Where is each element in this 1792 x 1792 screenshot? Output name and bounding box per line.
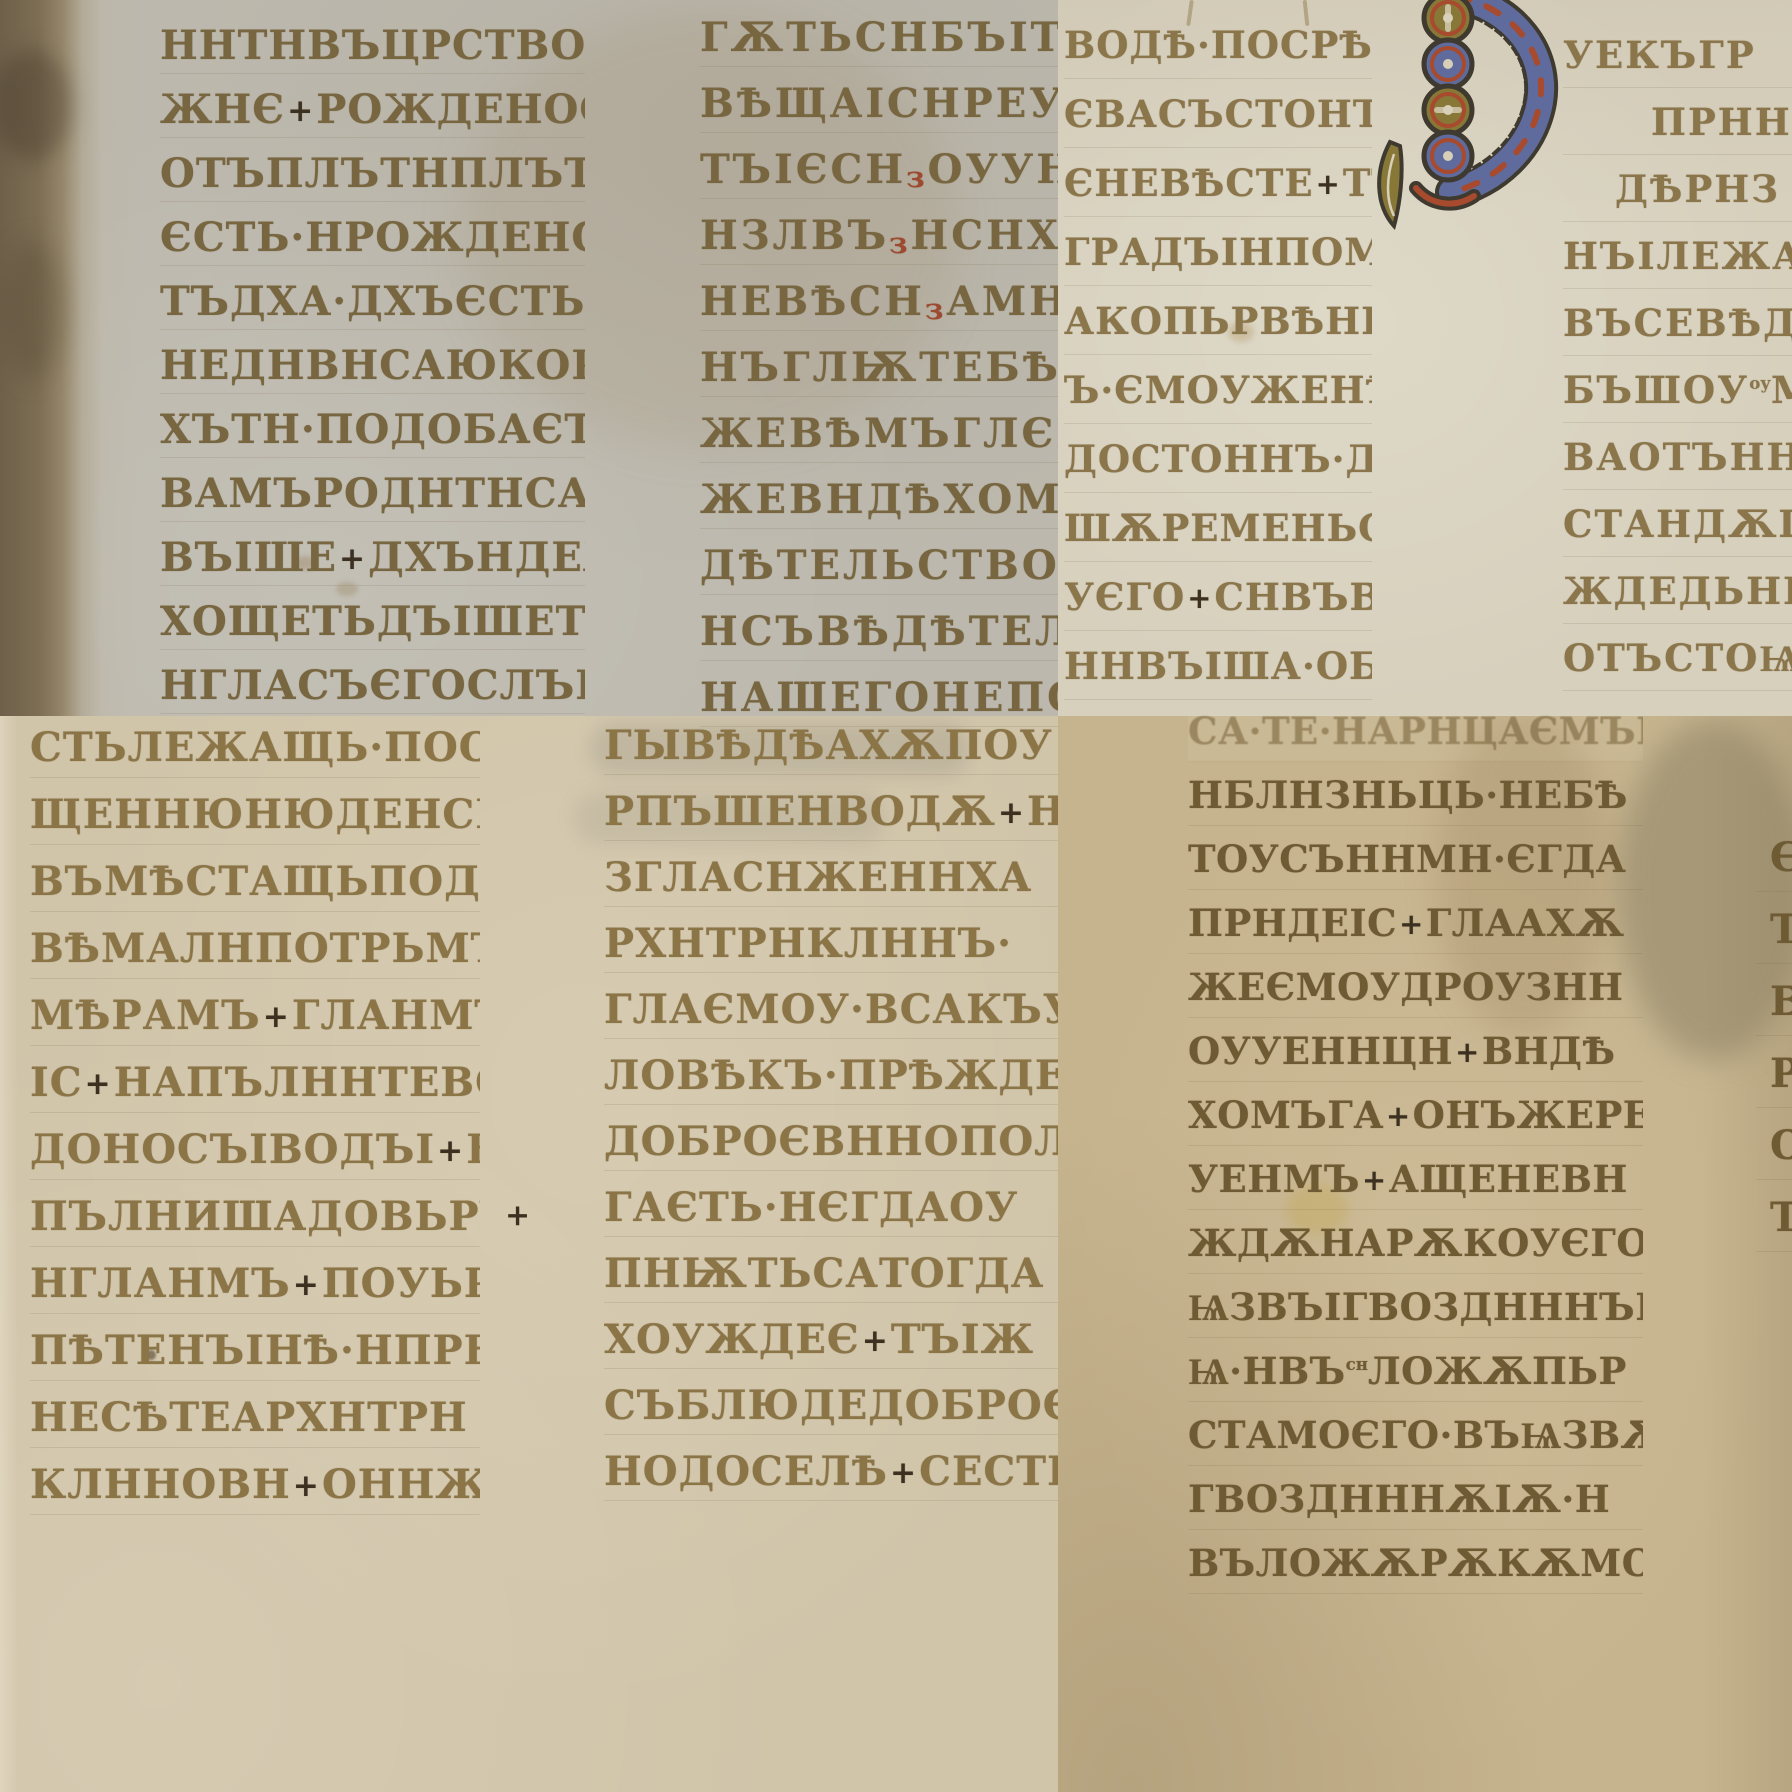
text-column-top-middle: ГѪТЬСНБЪІТВѢЩАІСНРЕУТЪІЄСНзОУУННЗЛВЪзНСН… [700,16,1058,742]
manuscript-line: УЕКЪГР [1563,36,1792,103]
manuscript-line: БЪШОУоуМОУ [1563,371,1792,438]
manuscript-line: ВѢЩАІСНРЕУ [700,82,1058,148]
manuscript-line: НЕДНВНСАЮКОРѢ [160,344,585,408]
manuscript-line: ГРАДЪІНПОМЪ [1064,233,1372,302]
manuscript-line: НСЪВѢДѢТЕЛ [700,610,1058,676]
gutter-blotch [0,50,72,160]
manuscript-line: ЗГЛАСНЖЕННХА [604,856,1058,922]
manuscript-line: ПЪЛНИШАДОВЬРХА+ [30,1195,480,1262]
manuscript-line: ПѢТЕНЪІНѢ·НПРН [30,1329,480,1396]
manuscript-line: СТАМОЄГО·ВЪѨЗВѪ [1188,1416,1643,1480]
manuscript-line: ПРНН [1563,103,1792,170]
manuscript-line: КЛННОВН+ОННЖЕ [30,1463,480,1530]
manuscript-line: ГѪТЬСНБЪІТ [700,16,1058,82]
manuscript-line: ВАОТЪНН [1563,438,1792,505]
illuminated-initial-art [1356,0,1568,242]
manuscript-line: ПНѬТЬСАТОГДА [604,1252,1058,1318]
manuscript-line: ДОСТОННЪ·ДАО [1064,440,1372,509]
manuscript-line: ЖЕВНДѢХОМ [700,478,1058,544]
manuscript-line: ЩЕННЮНЮДЕНСКОУ· [30,793,480,860]
manuscript-line: НЪІЛЕЖАЩ [1563,237,1792,304]
manuscript-line: ВОДѢ·ПОСРѢ [1064,26,1372,95]
manuscript-line: ЖЕЄМОУДРОУЗНН [1188,968,1643,1032]
manuscript-line: ННТНВЪЦРСТВОБО [160,24,585,88]
manuscript-line: ВЪМѢСТАЩЬПОДЪ [30,860,480,927]
manuscript-line: ГЛАЄМОУ·ВСАКЪУ [604,988,1058,1054]
manuscript-line: НГЛАНМЪ+ПОУЬР [30,1262,480,1329]
manuscript-line: ТЪДХА·ДХЪЄСТЬ+ [160,280,585,344]
manuscript-line: СТЬЛЕЖАЩЬ·ПООУН [30,726,480,793]
manuscript-line: ННВЪІША·ОБО [1064,647,1372,716]
manuscript-line: СА·ТЕ·НАРНЦАЄМЪІ [1188,712,1643,776]
manuscript-line: ѨЗВЪІГВОЗДНННЪІ [1188,1288,1643,1352]
manuscript-line: ВЪІШЕ+ДХЪНДЕЖЕ [160,536,585,600]
text-column-bottom-middle: ГЫВѢДѢАХѪПОУРПЪШЕНВОДѪ+НВЗГЛАСНЖЕННХАРХН… [604,724,1058,1516]
manuscript-line: ЄНЕВѢСТЕ+ТЪ [1064,164,1372,233]
manuscript-line: ПРНДЕІС+ГЛААХѪ [1188,904,1643,968]
manuscript-line: ОУУЕННЦН+ВНДѢ [1188,1032,1643,1096]
gutter-blotch [4,240,64,380]
manuscript-line: ДѢРНЗ [1563,170,1792,237]
text-column-top-left: ННТНВЪЦРСТВОБОЖНЄ+РОЖДЕНОЄБООТЪПЛЪТНПЛЪТ… [160,24,585,728]
illuminated-initial [1356,0,1568,242]
manuscript-line: ЄСТЬ·НРОЖДЕНОЄ [160,216,585,280]
manuscript-line: СЪБЛЮДЕДОБРОЄВ [604,1384,1058,1450]
manuscript-line: НЕВѢСНзАМН [700,280,1058,346]
manuscript-line: ГАЄТЬ·НЄГДАОУ [604,1186,1058,1252]
manuscript-line: РПЪШЕНВОДѪ+НВ [604,790,1058,856]
manuscript-line: АКОПЬРВѢНИЕ [1064,302,1372,371]
edge-cut-letters: ЄТВРОТ [1770,836,1792,1268]
manuscript-line: ЖНЄ+РОЖДЕНОЄБО [160,88,585,152]
manuscript-line: Т [1770,908,1792,980]
text-column-top-right-b: УЕКЪГРПРННДѢРНЗНЪІЛЕЖАЩВЪСЕВѢДНБЪШОУоуМО… [1563,36,1792,706]
manuscript-line: Ъ·ЄМОУЖЕНѢ [1064,371,1372,440]
manuscript-line: ЖДЕДЬНЬ· [1563,572,1792,639]
manuscript-line: ВЪЛОЖѪРѪКѪМО [1188,1544,1643,1608]
manuscript-line: ГЫВѢДѢАХѪПОУ [604,724,1058,790]
manuscript-line: ЄВАСЪСТОНТЬ· [1064,95,1372,164]
manuscript-line: ВѢМАЛНПОТРЬМЪ [30,927,480,994]
manuscript-line: МѢРАМЪ+ГЛАНМЪ [30,994,480,1061]
manuscript-page: ННТНВЪЦРСТВОБОЖНЄ+РОЖДЕНОЄБООТЪПЛЪТНПЛЪТ… [0,0,1792,1792]
manuscript-line: Є [1770,836,1792,908]
manuscript-line: Ѩ·НВЪснЛОЖѪПЬР [1188,1352,1643,1416]
manuscript-line: Р [1770,1052,1792,1124]
manuscript-line: ДОБРОЄВННОПОЛА [604,1120,1058,1186]
manuscript-line: СТАНДѪЩА [1563,505,1792,572]
manuscript-line: ГВОЗДНННѪІѪ·Н [1188,1480,1643,1544]
manuscript-line: НЕСѢТЕАРХНТРН [30,1396,480,1463]
manuscript-line: ВЪСЕВѢДН [1563,304,1792,371]
text-column-bottom-right: СА·ТЕ·НАРНЦАЄМЪІНБЛНЗНЬЦЬ·НЕБѢТОУСЪННМН·… [1188,712,1643,1608]
manuscript-line: НЪГЛѬТЕБѢ· [700,346,1058,412]
manuscript-line: ХОЩЕТЬДЪІШЕТЬз [160,600,585,664]
manuscript-line: ШѪРЕМЕНЬСА [1064,509,1372,578]
text-column-top-right-a: ВОДѢ·ПОСРѢЄВАСЪСТОНТЬ·ЄНЕВѢСТЕ+ТЪГРАДЪІН… [1064,26,1372,716]
manuscript-line: ЛОВѢКЪ·ПРѢЖДЕ [604,1054,1058,1120]
manuscript-line: НОДОСЕЛѢ+СЕСТВО [604,1450,1058,1516]
manuscript-line: ЖЕВѢМЪГЛЄМ [700,412,1058,478]
cut-letter-stroke [1186,0,1194,26]
manuscript-line: ТЪІЄСНзОУУН [700,148,1058,214]
manuscript-line: УЕНМЪ+АЩЕНЕВН [1188,1160,1643,1224]
manuscript-line: ХОМЪГА+ОНЪЖЕРЕ [1188,1096,1643,1160]
manuscript-line: УЄГО+СНВЪВН [1064,578,1372,647]
manuscript-line: ХОУЖДЕЄ+ТЪІЖ [604,1318,1058,1384]
manuscript-line: ОТЪПЛЪТНПЛЪТЬ [160,152,585,216]
manuscript-line: О [1770,1124,1792,1196]
manuscript-line: ДѢТЕЛЬСТВО [700,544,1058,610]
manuscript-line: ВАМЪРОДНТНСАСЪ [160,472,585,536]
manuscript-line: ІС+НАПЪЛННТЕВО [30,1061,480,1128]
cut-letter-stroke [1303,0,1310,26]
manuscript-line: НЗЛВЪзНСНХ [700,214,1058,280]
manuscript-line: Т [1770,1196,1792,1268]
text-column-bottom-left: СТЬЛЕЖАЩЬ·ПООУНЩЕННЮНЮДЕНСКОУ·ВЪМѢСТАЩЬП… [30,726,480,1530]
manuscript-line: НБЛНЗНЬЦЬ·НЕБѢ [1188,776,1643,840]
margin-cross: + [505,1198,530,1233]
manuscript-line: ДОНОСЪІВОДЪІ+ННА [30,1128,480,1195]
manuscript-line: ТОУСЪННМН·ЄГДА [1188,840,1643,904]
manuscript-line: ЖДѪНАРѪКОУЄГО [1188,1224,1643,1288]
manuscript-line: ХЪТН·ПОДОБАЄТЬ [160,408,585,472]
manuscript-line: ОТЪСТОѨЦ [1563,639,1792,706]
manuscript-line: НГЛАСЪЄГОСЛЪІШН [160,664,585,728]
manuscript-line: РХНТРНКЛННЪ· [604,922,1058,988]
manuscript-line: В [1770,980,1792,1052]
